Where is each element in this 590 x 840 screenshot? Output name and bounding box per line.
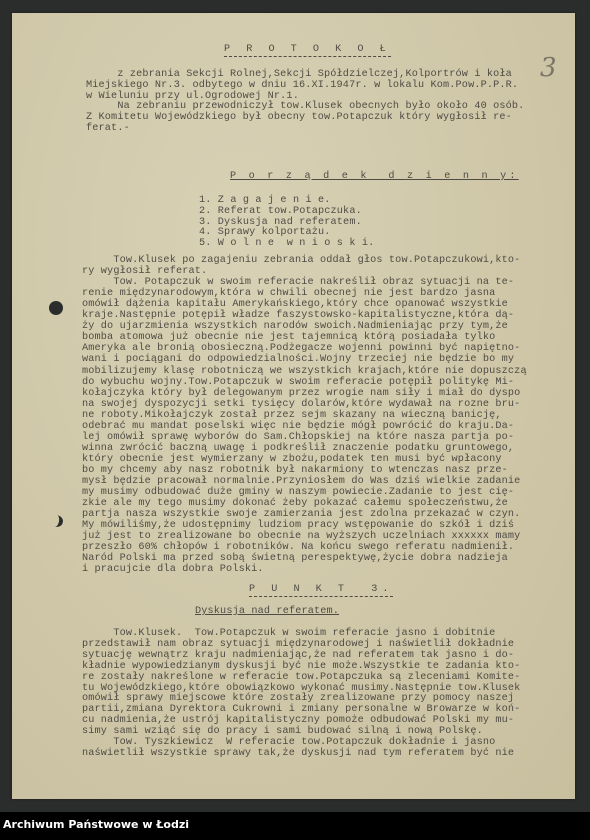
text-line: przedstawił nam obraz sytuacji międzynar… bbox=[82, 640, 514, 651]
text-line: Z Komitetu Wojewódzkiego był obecny tow.… bbox=[86, 113, 512, 124]
text-line: sytuację wewnątrz kraju nadmieniając,że … bbox=[82, 651, 514, 662]
text-line: do wybuchu wojny.Tow.Potapczuk w swoim r… bbox=[82, 378, 514, 389]
punch-hole bbox=[49, 301, 63, 315]
text-line: który obecnie jest wymierzany w zbożu,po… bbox=[82, 455, 502, 466]
scan-background: 3 P R O T O K O Ł z zebrania Sekcji Roln… bbox=[0, 0, 590, 812]
text-line: naświetlił wszystkie sprawy tak,że dysku… bbox=[82, 749, 514, 760]
text-line: lej omówił sprawę wyborów do Sam.Chłopsk… bbox=[82, 433, 514, 444]
text-line: mobilizujemy klasę robotniczą we wszystk… bbox=[82, 367, 527, 378]
text-line: wani i pociągani do odpowiedzialności.Wo… bbox=[82, 355, 514, 366]
page-number: 3 bbox=[540, 53, 557, 83]
text-line: na swojej dyspozycji setki tysięcy dolar… bbox=[82, 400, 520, 411]
agenda-heading: P o r z ą d e k d z i e n n y: bbox=[230, 172, 519, 183]
text-line: kołajczyka który był delegowanym przez w… bbox=[82, 389, 520, 400]
text-line: Miejskiego Nr.3. odbytego w dniu 16.XI.1… bbox=[86, 81, 518, 92]
text-line: 2. Referat tow.Potapczuka. bbox=[199, 207, 362, 218]
section-subheading: Dyskusja nad referatem. bbox=[195, 607, 339, 618]
text-line: kładnie wypowiedzianym dyskusji być nie … bbox=[82, 662, 520, 673]
punch-hole bbox=[48, 514, 64, 528]
text-line: odebrać mu mandat poselski więc nie będz… bbox=[82, 422, 514, 433]
text-line: re zostały nakreślone w referacie tow.Po… bbox=[82, 673, 520, 684]
document-title: P R O T O K O Ł bbox=[224, 45, 391, 57]
section-heading: P U N K T 3. bbox=[249, 585, 393, 597]
text-line: 5. W o l n e w n i o s k i. bbox=[199, 239, 374, 250]
document-page: 3 P R O T O K O Ł z zebrania Sekcji Roln… bbox=[12, 13, 575, 799]
text-line: ferat.- bbox=[86, 124, 130, 135]
text-line: ne roboty.Mikołajczyk został przez sejm … bbox=[82, 411, 502, 422]
archive-caption: Archiwum Państwowe w Łodzi bbox=[3, 818, 189, 831]
text-line: winna zwrócić baczną uwagę i podkreślił … bbox=[82, 444, 514, 455]
text-line: i pracujcie dla dobra Polski. bbox=[82, 565, 264, 576]
